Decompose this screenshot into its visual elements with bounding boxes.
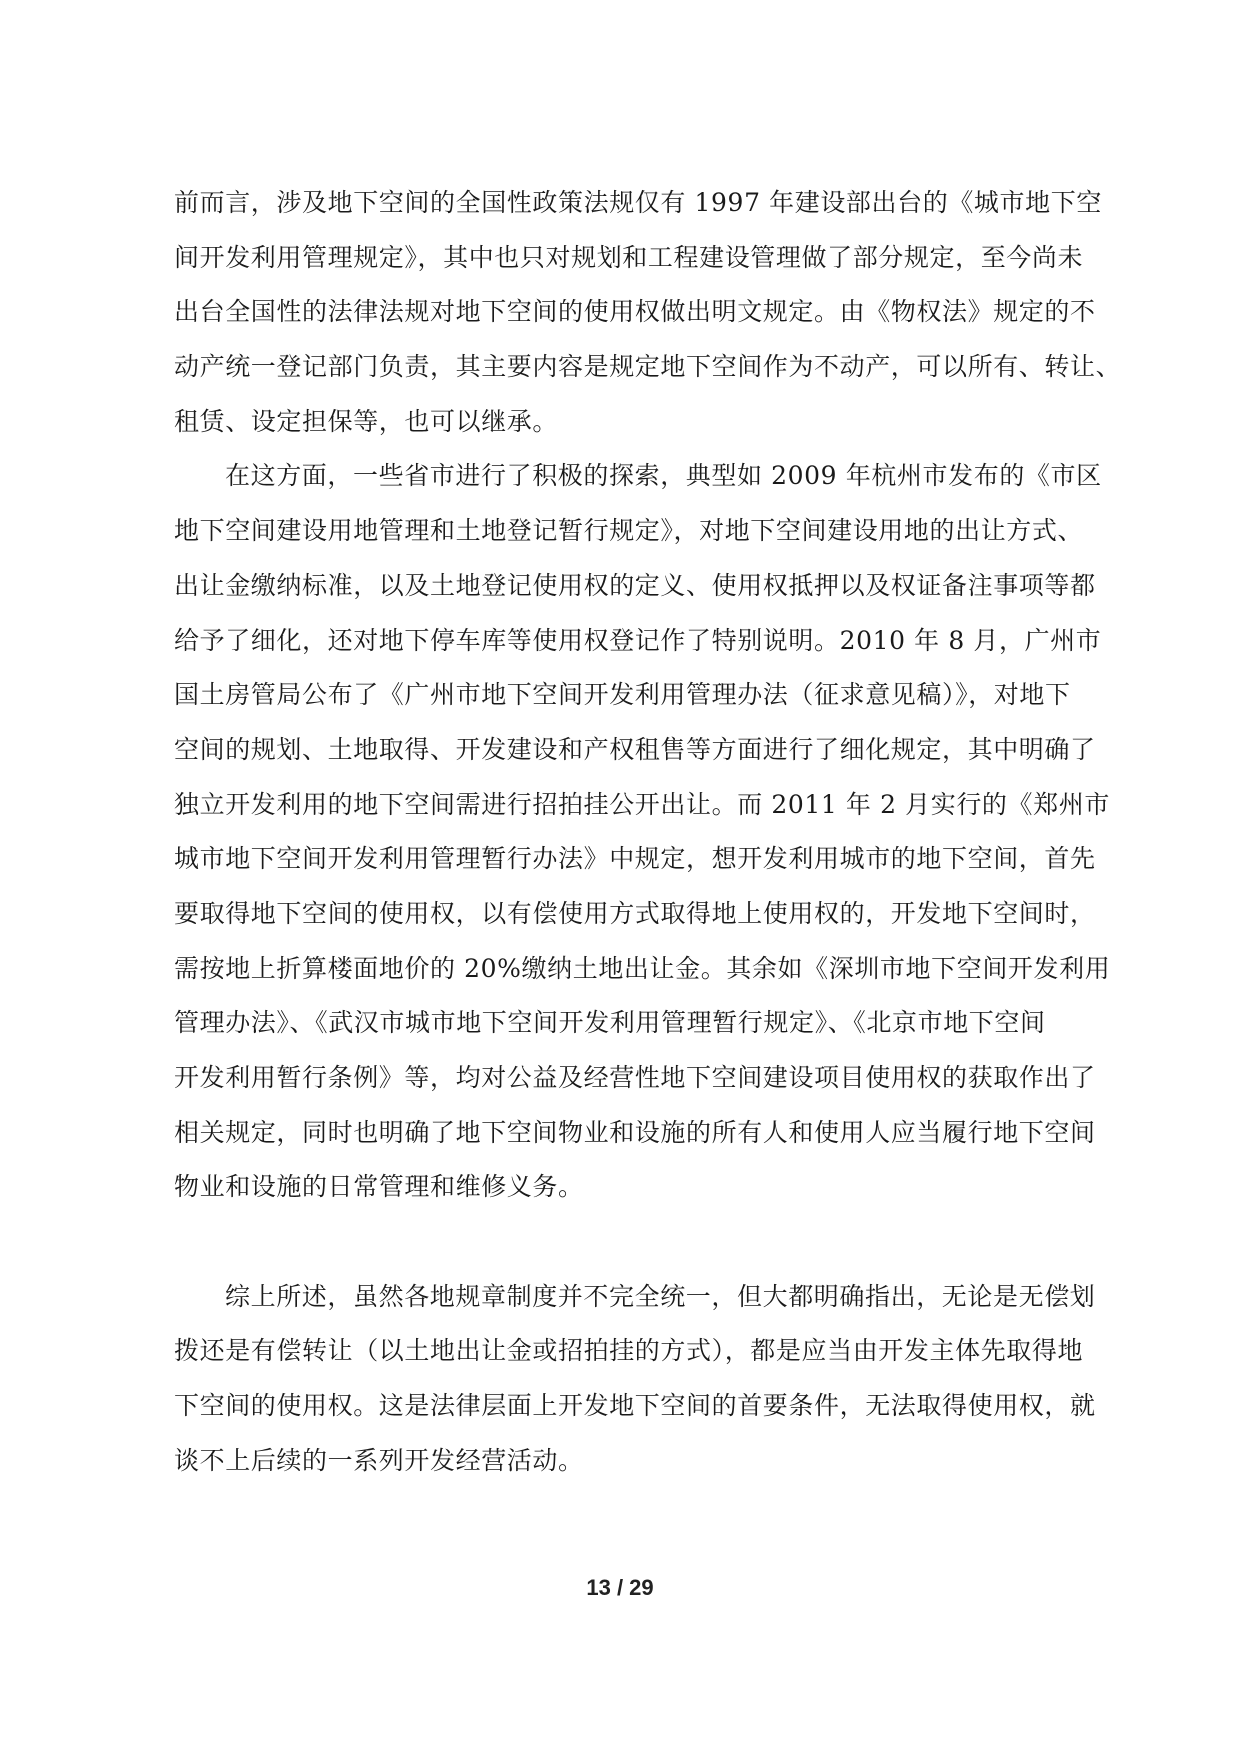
- text-line: 要取得地下空间的使用权，以有偿使用方式取得地上使用权的，开发地下空间时，: [174, 887, 1074, 942]
- text-line: 国土房管局公布了《广州市地下空间开发利用管理办法（征求意见稿）》，对地下: [174, 668, 1074, 723]
- text-line: 出台全国性的法律法规对地下空间的使用权做出明文规定。由《物权法》规定的不: [174, 285, 1074, 340]
- text-line: 地下空间建设用地管理和土地登记暂行规定》，对地下空间建设用地的出让方式、: [174, 504, 1074, 559]
- text-line: 城市地下空间开发利用管理暂行办法》中规定，想开发利用城市的地下空间，首先: [174, 832, 1074, 887]
- text-line: 在这方面，一些省市进行了积极的探索，典型如 2009 年杭州市发布的《市区: [174, 449, 1074, 504]
- body-text: 前而言，涉及地下空间的全国性政策法规仅有 1997 年建设部出台的《城市地下空 …: [174, 176, 1074, 1489]
- paragraph-2: 在这方面，一些省市进行了积极的探索，典型如 2009 年杭州市发布的《市区 地下…: [174, 449, 1074, 1215]
- text-line: 独立开发利用的地下空间需进行招拍挂公开出让。而 2011 年 2 月实行的《郑州…: [174, 778, 1074, 833]
- text-line: 租赁、设定担保等，也可以继承。: [174, 395, 1074, 450]
- text-line: 间开发利用管理规定》，其中也只对规划和工程建设管理做了部分规定，至今尚未: [174, 231, 1074, 286]
- text-line: 物业和设施的日常管理和维修义务。: [174, 1160, 1074, 1215]
- document-page: 前而言，涉及地下空间的全国性政策法规仅有 1997 年建设部出台的《城市地下空 …: [0, 0, 1240, 1750]
- text-line: 前而言，涉及地下空间的全国性政策法规仅有 1997 年建设部出台的《城市地下空: [174, 176, 1074, 231]
- text-line: 相关规定，同时也明确了地下空间物业和设施的所有人和使用人应当履行地下空间: [174, 1106, 1074, 1161]
- text-line: 出让金缴纳标准，以及土地登记使用权的定义、使用权抵押以及权证备注事项等都: [174, 559, 1074, 614]
- text-line: 动产统一登记部门负责，其主要内容是规定地下空间作为不动产，可以所有、转让、: [174, 340, 1074, 395]
- text-line: 拨还是有偿转让（以土地出让金或招拍挂的方式），都是应当由开发主体先取得地: [174, 1324, 1074, 1379]
- text-line: 综上所述，虽然各地规章制度并不完全统一，但大都明确指出，无论是无偿划: [174, 1270, 1074, 1325]
- text-line: 下空间的使用权。这是法律层面上开发地下空间的首要条件，无法取得使用权，就: [174, 1379, 1074, 1434]
- text-line: 给予了细化，还对地下停车库等使用权登记作了特别说明。2010 年 8 月，广州市: [174, 614, 1074, 669]
- page-number: 13 / 29: [0, 1575, 1240, 1601]
- paragraph-spacer: [174, 1215, 1074, 1270]
- text-line: 需按地上折算楼面地价的 20%缴纳土地出让金。其余如《深圳市地下空间开发利用: [174, 942, 1074, 997]
- paragraph-1: 前而言，涉及地下空间的全国性政策法规仅有 1997 年建设部出台的《城市地下空 …: [174, 176, 1074, 449]
- paragraph-3: 综上所述，虽然各地规章制度并不完全统一，但大都明确指出，无论是无偿划 拨还是有偿…: [174, 1270, 1074, 1489]
- text-line: 谈不上后续的一系列开发经营活动。: [174, 1434, 1074, 1489]
- text-line: 管理办法》、《武汉市城市地下空间开发利用管理暂行规定》、《北京市地下空间: [174, 996, 1074, 1051]
- text-line: 开发利用暂行条例》等，均对公益及经营性地下空间建设项目使用权的获取作出了: [174, 1051, 1074, 1106]
- text-line: 空间的规划、土地取得、开发建设和产权租售等方面进行了细化规定，其中明确了: [174, 723, 1074, 778]
